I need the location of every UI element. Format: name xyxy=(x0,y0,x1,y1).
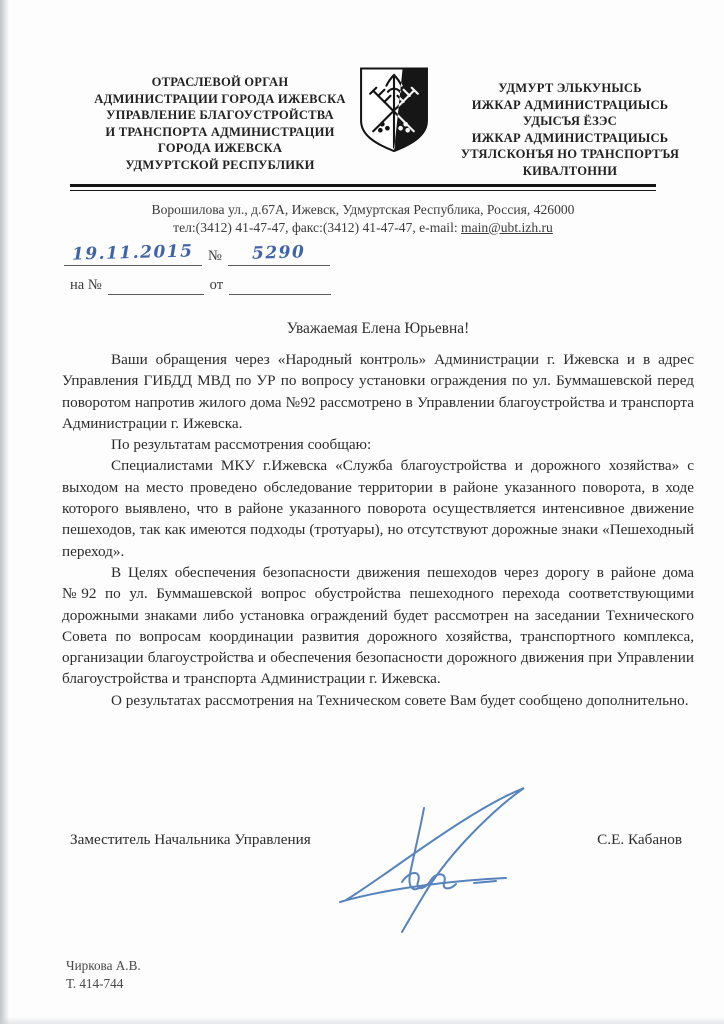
signer-name: С.Е. Кабанов xyxy=(597,831,682,849)
signer-position: Заместитель Начальника Управления xyxy=(70,831,311,849)
scan-left-edge xyxy=(0,0,10,1024)
scanned-letter-page: ОТРАСЛЕВОЙ ОРГАН АДМИНИСТРАЦИИ ГОРОДА ИЖ… xyxy=(0,0,724,1024)
executor-name: Чиркова А.В. xyxy=(66,957,141,975)
letterhead-line: ИЖКАР АДМИНИСТРАЦИЫСЬ xyxy=(438,130,702,147)
letterhead-line: УДЫСЪЯ ЁЗЭС xyxy=(438,113,702,130)
ref-row-incoming: на № от xyxy=(64,272,374,295)
from-label: от xyxy=(204,277,229,295)
letterhead-line: ОТРАСЛЕВОЙ ОРГАН xyxy=(72,74,368,91)
paragraph: Ваши обращения через «Народный контроль»… xyxy=(62,349,694,434)
number-sign-label: № xyxy=(202,248,228,266)
incoming-number-field xyxy=(108,272,204,295)
scan-bottom-edge xyxy=(0,1017,724,1024)
letterhead-line: КИВАЛТОННИ xyxy=(438,163,702,180)
phone-fax-email-line: тел:(3412) 41-47-47, факс:(3412) 41-47-4… xyxy=(70,219,656,237)
letter-body: Ваши обращения через «Народный контроль»… xyxy=(62,349,694,711)
outgoing-number-field: 5290 xyxy=(228,243,330,266)
handwritten-date: 19.11.2015 xyxy=(72,241,194,264)
ref-row-outgoing: 19.11.2015 № 5290 xyxy=(64,243,374,266)
izhevsk-coat-of-arms-icon xyxy=(356,66,432,154)
handwritten-number: 5290 xyxy=(252,242,306,263)
paragraph: По результатам рассмотрения сообщаю: xyxy=(62,434,694,455)
divider-thin-line xyxy=(70,190,656,191)
outgoing-date-field: 19.11.2015 xyxy=(64,243,202,266)
letterhead-line: ГОРОДА ИЖЕВСКА xyxy=(72,140,368,157)
phone-fax-text: тел:(3412) 41-47-47, факс:(3412) 41-47-4… xyxy=(173,220,461,235)
reference-block: 19.11.2015 № 5290 на № от xyxy=(64,243,374,295)
letterhead-udmurt: УДМУРТ ЭЛЬКУНЫСЬ ИЖКАР АДМИНИСТРАЦИЫСЬ У… xyxy=(438,80,702,180)
salutation: Уважаемая Елена Юрьевна! xyxy=(62,320,694,338)
divider-thick-line xyxy=(70,184,656,187)
paragraph: В Целях обеспечения безопасности движени… xyxy=(62,562,694,690)
incoming-date-field xyxy=(229,272,331,295)
letterhead-line: УДМУРТ ЭЛЬКУНЫСЬ xyxy=(438,80,702,97)
handwritten-signature xyxy=(328,782,543,940)
email-address: main@ubt.izh.ru xyxy=(461,220,553,235)
letterhead-line: УТЯЛСКОНЪЯ НО ТРАНСПОРТЪЯ xyxy=(438,146,702,163)
letterhead-line: И ТРАНСПОРТА АДМИНИСТРАЦИИ xyxy=(72,124,368,141)
letterhead-line: УДМУРТСКОЙ РЕСПУБЛИКИ xyxy=(72,157,368,174)
postal-address: Ворошилова ул., д.67А, Ижевск, Удмуртска… xyxy=(70,201,656,219)
on-number-label: на № xyxy=(64,277,108,295)
executor-phone: Т. 414-744 xyxy=(66,975,141,993)
letterhead-russian: ОТРАСЛЕВОЙ ОРГАН АДМИНИСТРАЦИИ ГОРОДА ИЖ… xyxy=(72,74,368,174)
paragraph: О результатах рассмотрения на Техническо… xyxy=(62,690,694,711)
letterhead-line: АДМИНИСТРАЦИИ ГОРОДА ИЖЕВСКА xyxy=(72,91,368,108)
contact-block: Ворошилова ул., д.67А, Ижевск, Удмуртска… xyxy=(70,201,656,236)
paragraph: Специалистами МКУ г.Ижевска «Служба благ… xyxy=(62,455,694,561)
executor-block: Чиркова А.В. Т. 414-744 xyxy=(66,957,141,992)
letterhead-divider xyxy=(70,184,656,191)
letterhead-line: ИЖКАР АДМИНИСТРАЦИЫСЬ xyxy=(438,97,702,114)
letterhead-line: УПРАВЛЕНИЕ БЛАГОУСТРОЙСТВА xyxy=(72,107,368,124)
